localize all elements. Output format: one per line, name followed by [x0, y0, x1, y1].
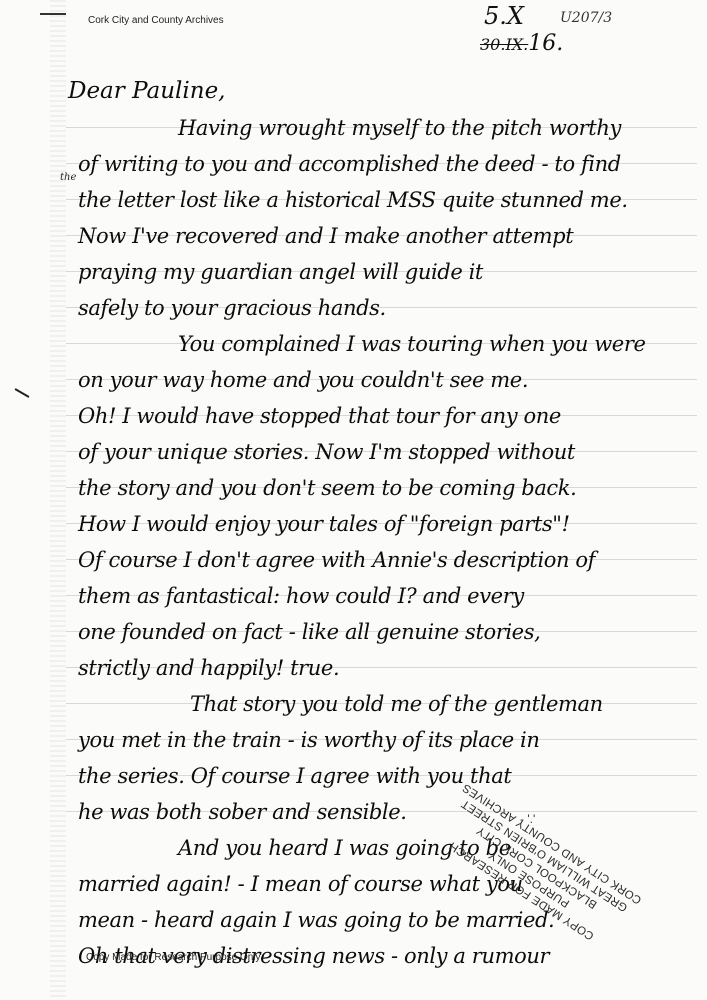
- body-line: Now I've recovered and I make another at…: [78, 218, 698, 254]
- body-line: the series. Of course I agree with you t…: [78, 758, 698, 794]
- body-line: of your unique stories. Now I'm stopped …: [78, 434, 698, 470]
- stray-pen-mark: [15, 388, 30, 398]
- footer-note: Copy Made for Research Purpose Only: [86, 952, 261, 963]
- letter-page: Cork City and County Archives U207/3 5.X…: [0, 0, 707, 1000]
- body-line: them as fantastical: how could I? and ev…: [78, 578, 698, 614]
- reference-number: U207/3: [560, 10, 612, 26]
- body-line: of writing to you and accomplished the d…: [78, 146, 698, 182]
- archive-header: Cork City and County Archives: [88, 15, 224, 26]
- body-line: he was both sober and sensible.: [78, 794, 698, 830]
- body-line: You complained I was touring when you we…: [78, 326, 698, 362]
- body-line: Of course I don't agree with Annie's des…: [78, 542, 698, 578]
- body-line: the story and you don't seem to be comin…: [78, 470, 698, 506]
- body-line: strictly and happily! true.: [78, 650, 698, 686]
- binding-edge: [50, 0, 66, 1000]
- body-line: Having wrought myself to the pitch worth…: [78, 110, 698, 146]
- date-struck-out: 30.IX.: [480, 35, 528, 54]
- margin-note: the: [60, 172, 76, 183]
- body-line: safely to your gracious hands.: [78, 290, 698, 326]
- body-line: praying my guardian angel will guide it: [78, 254, 698, 290]
- date-year: 30.IX.16.: [480, 31, 563, 56]
- date-year-value: 16.: [528, 31, 563, 56]
- date-day-month: 5.X: [484, 2, 524, 30]
- body-line: the letter lost like a historical MSS qu…: [78, 182, 698, 218]
- salutation: Dear Pauline,: [68, 78, 226, 104]
- body-line: on your way home and you couldn't see me…: [78, 362, 698, 398]
- body-line: Oh! I would have stopped that tour for a…: [78, 398, 698, 434]
- body-line: That story you told me of the gentleman: [78, 686, 698, 722]
- body-line: And you heard I was going to be: [78, 830, 698, 866]
- body-line: you met in the train - is worthy of its …: [78, 722, 698, 758]
- body-line: How I would enjoy your tales of "foreign…: [78, 506, 698, 542]
- body-line: one founded on fact - like all genuine s…: [78, 614, 698, 650]
- letter-body: Having wrought myself to the pitch worth…: [78, 110, 698, 974]
- header-rule: [40, 13, 66, 15]
